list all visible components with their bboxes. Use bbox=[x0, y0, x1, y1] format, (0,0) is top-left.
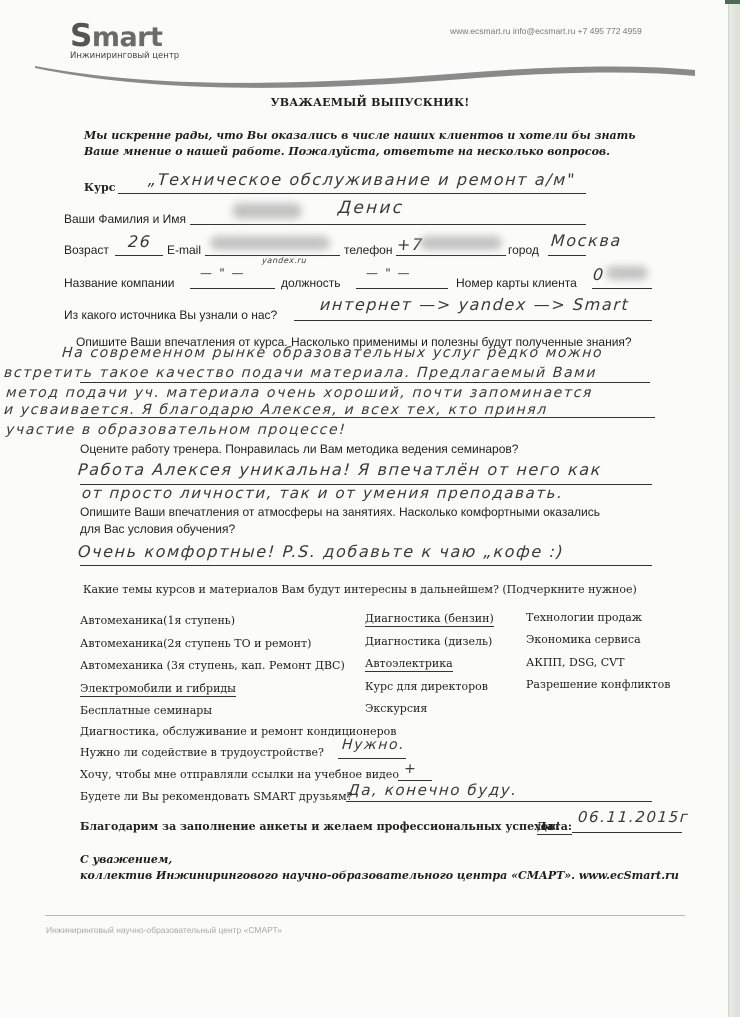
source-label: Из какого источника Вы узнали о нас? bbox=[64, 308, 277, 322]
topic-diag-diesel[interactable]: Диагностика (дизель) bbox=[365, 635, 492, 648]
card-label: Номер карты клиента bbox=[456, 276, 577, 290]
closing-line-2: коллектив Инжинирингового научно-образов… bbox=[80, 869, 679, 882]
redacted-email bbox=[210, 236, 330, 250]
phone-line bbox=[396, 255, 506, 256]
intro-line-1: Мы искренне рады, что Вы оказались в чис… bbox=[84, 129, 636, 142]
topic-electromobiles[interactable]: Электромобили и гибриды bbox=[80, 682, 236, 697]
course-line bbox=[118, 193, 586, 194]
employment-label: Нужно ли содействие в трудоустройстве? bbox=[80, 746, 324, 759]
course-impression-answer-4[interactable]: и усваивается. Я благодарю Алексея, и вс… bbox=[3, 402, 548, 418]
topic-diag-petrol[interactable]: Диагностика (бензин) bbox=[365, 612, 494, 627]
header-contacts: www.ecsmart.ru info@ecsmart.ru +7 495 77… bbox=[450, 26, 642, 36]
topic-transmissions[interactable]: АКПП, DSG, CVT bbox=[526, 656, 624, 669]
redacted-card bbox=[606, 266, 648, 280]
course-impression-answer-1[interactable]: На современном рынке образовательных усл… bbox=[61, 345, 603, 361]
topic-auto-3[interactable]: Автомеханика (3я ступень, кап. Ремонт ДВ… bbox=[80, 659, 345, 672]
topic-sales[interactable]: Технологии продаж bbox=[526, 611, 642, 624]
name-value[interactable]: Денис bbox=[337, 198, 405, 218]
topic-excursion[interactable]: Экскурсия bbox=[365, 702, 427, 715]
topic-autoelectric[interactable]: Автоэлектрика bbox=[365, 657, 453, 672]
age-line bbox=[115, 255, 163, 256]
redacted-surname bbox=[232, 203, 302, 219]
company-line bbox=[190, 288, 275, 289]
date-value[interactable]: 06.11.2015г bbox=[577, 808, 690, 826]
recommend-label: Будете ли Вы рекомендовать SMART друзьям… bbox=[80, 790, 353, 803]
name-label: Ваши Фамилия и Имя bbox=[64, 212, 186, 226]
header-swoosh bbox=[30, 48, 700, 88]
trainer-answer-2[interactable]: от просто личности, так и от умения преп… bbox=[81, 484, 564, 502]
company-label: Название компании bbox=[64, 276, 174, 290]
course-impression-answer-5[interactable]: участие в образовательном процессе! bbox=[5, 422, 347, 438]
date-line bbox=[572, 832, 682, 833]
city-label: город bbox=[508, 243, 539, 257]
topic-free-seminars[interactable]: Бесплатные семинары bbox=[80, 704, 212, 717]
card-value[interactable]: 0 bbox=[592, 265, 605, 284]
atmosphere-line bbox=[80, 565, 652, 566]
card-line bbox=[592, 288, 652, 289]
employment-answer[interactable]: Нужно. bbox=[341, 737, 405, 753]
topic-economics[interactable]: Экономика сервиса bbox=[526, 633, 641, 646]
email-label: E-mail bbox=[167, 243, 201, 257]
age-label: Возраст bbox=[64, 243, 109, 257]
video-label: Хочу, чтобы мне отправляли ссылки на уче… bbox=[80, 768, 399, 781]
scan-corner bbox=[725, 0, 740, 4]
course-impression-answer-2[interactable]: встретить такое качество подачи материал… bbox=[3, 365, 597, 381]
footer-text: Инжиниринговый научно-образовательный це… bbox=[46, 925, 282, 935]
course-label: Курс bbox=[84, 181, 115, 194]
phone-label: телефон bbox=[344, 243, 393, 257]
topics-label: Какие темы курсов и материалов Вам будут… bbox=[83, 583, 637, 596]
recommend-answer[interactable]: Да, конечно буду. bbox=[347, 781, 518, 799]
video-answer[interactable]: + bbox=[403, 761, 417, 777]
atmosphere-label-1: Опишите Ваши впечатления от атмосферы на… bbox=[80, 505, 600, 519]
email-domain[interactable]: yandex.ru bbox=[262, 256, 307, 265]
source-line bbox=[294, 320, 652, 321]
trainer-label: Оцените работу тренера. Понравилась ли В… bbox=[80, 442, 518, 456]
city-line bbox=[548, 255, 586, 256]
employment-line bbox=[338, 758, 406, 759]
course-impression-line-1 bbox=[80, 382, 650, 383]
course-impression-answer-3[interactable]: метод подачи уч. материала очень хороший… bbox=[5, 385, 593, 401]
topic-auto-2[interactable]: Автомеханика(2я ступень ТО и ремонт) bbox=[80, 637, 311, 650]
position-line bbox=[356, 288, 448, 289]
intro-line-2: Ваше мнение о нашей работе. Пожалуйста, … bbox=[84, 145, 610, 158]
source-value[interactable]: интернет —> yandex —> Smart bbox=[319, 295, 630, 314]
position-label: должность bbox=[281, 276, 341, 290]
thanks-text: Благодарим за заполнение анкеты и желаем… bbox=[80, 820, 560, 833]
city-value[interactable]: Москва bbox=[550, 231, 622, 250]
topic-conflicts[interactable]: Разрешение конфликтов bbox=[526, 678, 670, 691]
topic-auto-1[interactable]: Автомеханика(1я ступень) bbox=[80, 614, 235, 627]
position-value[interactable]: — " — bbox=[366, 266, 412, 280]
redacted-phone bbox=[420, 236, 502, 250]
page-title: УВАЖАЕМЫЙ ВЫПУСКНИК! bbox=[0, 96, 740, 109]
age-value[interactable]: 26 bbox=[127, 232, 152, 251]
atmosphere-label-2: для Вас условия обучения? bbox=[80, 522, 235, 536]
closing-line-1: С уважением, bbox=[80, 853, 172, 866]
footer-divider bbox=[45, 915, 685, 916]
atmosphere-answer[interactable]: Очень комфортные! P.S. добавьте к чаю „к… bbox=[77, 542, 565, 561]
course-value[interactable]: „Техническое обслуживание и ремонт а/м" bbox=[147, 170, 576, 189]
name-line bbox=[190, 224, 586, 225]
topic-directors[interactable]: Курс для директоров bbox=[365, 680, 488, 693]
trainer-answer-1[interactable]: Работа Алексея уникальна! Я впечатлён от… bbox=[77, 460, 602, 479]
recommend-line bbox=[346, 801, 652, 802]
company-value[interactable]: — " — bbox=[200, 266, 246, 280]
scan-edge bbox=[728, 0, 740, 1017]
date-label: Дата: bbox=[537, 820, 572, 835]
